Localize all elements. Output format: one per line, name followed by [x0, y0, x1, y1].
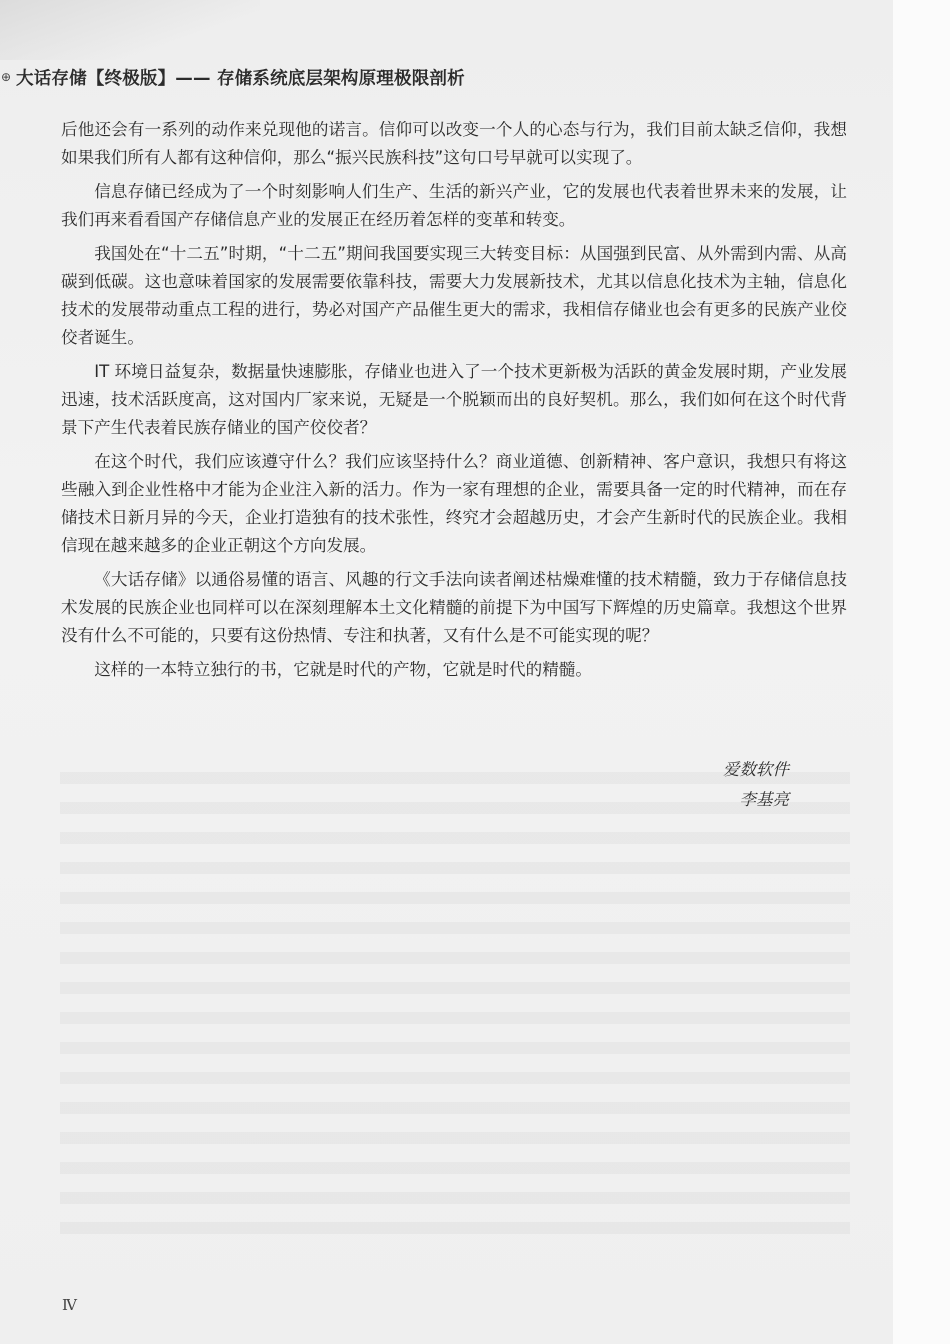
paragraph: 我国处在“十二五”时期，“十二五”期间我国要实现三大转变目标：从国强到民富、从外… [61, 240, 847, 352]
running-header: ⊕ 大话存储【终极版】—— 存储系统底层架构原理极限剖析 [0, 64, 465, 90]
page-margin-edge [893, 0, 950, 1344]
page-number: Ⅳ [62, 1296, 76, 1314]
book-page: ⊕ 大话存储【终极版】—— 存储系统底层架构原理极限剖析 后他还会有一系列的动作… [0, 0, 893, 1344]
paragraph: 后他还会有一系列的动作来兑现他的诺言。信仰可以改变一个人的心态与行为，我们目前太… [61, 116, 847, 172]
signature-block: 爱数软件 李基亮 [723, 755, 789, 815]
book-title: 大话存储【终极版】—— 存储系统底层架构原理极限剖析 [16, 65, 465, 90]
bleed-through-texture [60, 760, 850, 1240]
paragraph: 在这个时代，我们应该遵守什么？我们应该坚持什么？商业道德、创新精神、客户意识，我… [61, 448, 847, 560]
scan-shadow [0, 0, 260, 60]
signature-name: 李基亮 [723, 785, 789, 815]
circled-plus-icon: ⊕ [1, 72, 12, 83]
preface-body: 后他还会有一系列的动作来兑现他的诺言。信仰可以改变一个人的心态与行为，我们目前太… [61, 116, 847, 690]
paragraph: 这样的一本特立独行的书，它就是时代的产物，它就是时代的精髓。 [61, 656, 847, 684]
signature-company: 爱数软件 [723, 755, 789, 785]
paragraph: 信息存储已经成为了一个时刻影响人们生产、生活的新兴产业，它的发展也代表着世界未来… [61, 178, 847, 234]
paragraph: IT 环境日益复杂，数据量快速膨胀，存储业也进入了一个技术更新极为活跃的黄金发展… [61, 358, 847, 442]
paragraph: 《大话存储》以通俗易懂的语言、风趣的行文手法向读者阐述枯燥难懂的技术精髓，致力于… [61, 566, 847, 650]
